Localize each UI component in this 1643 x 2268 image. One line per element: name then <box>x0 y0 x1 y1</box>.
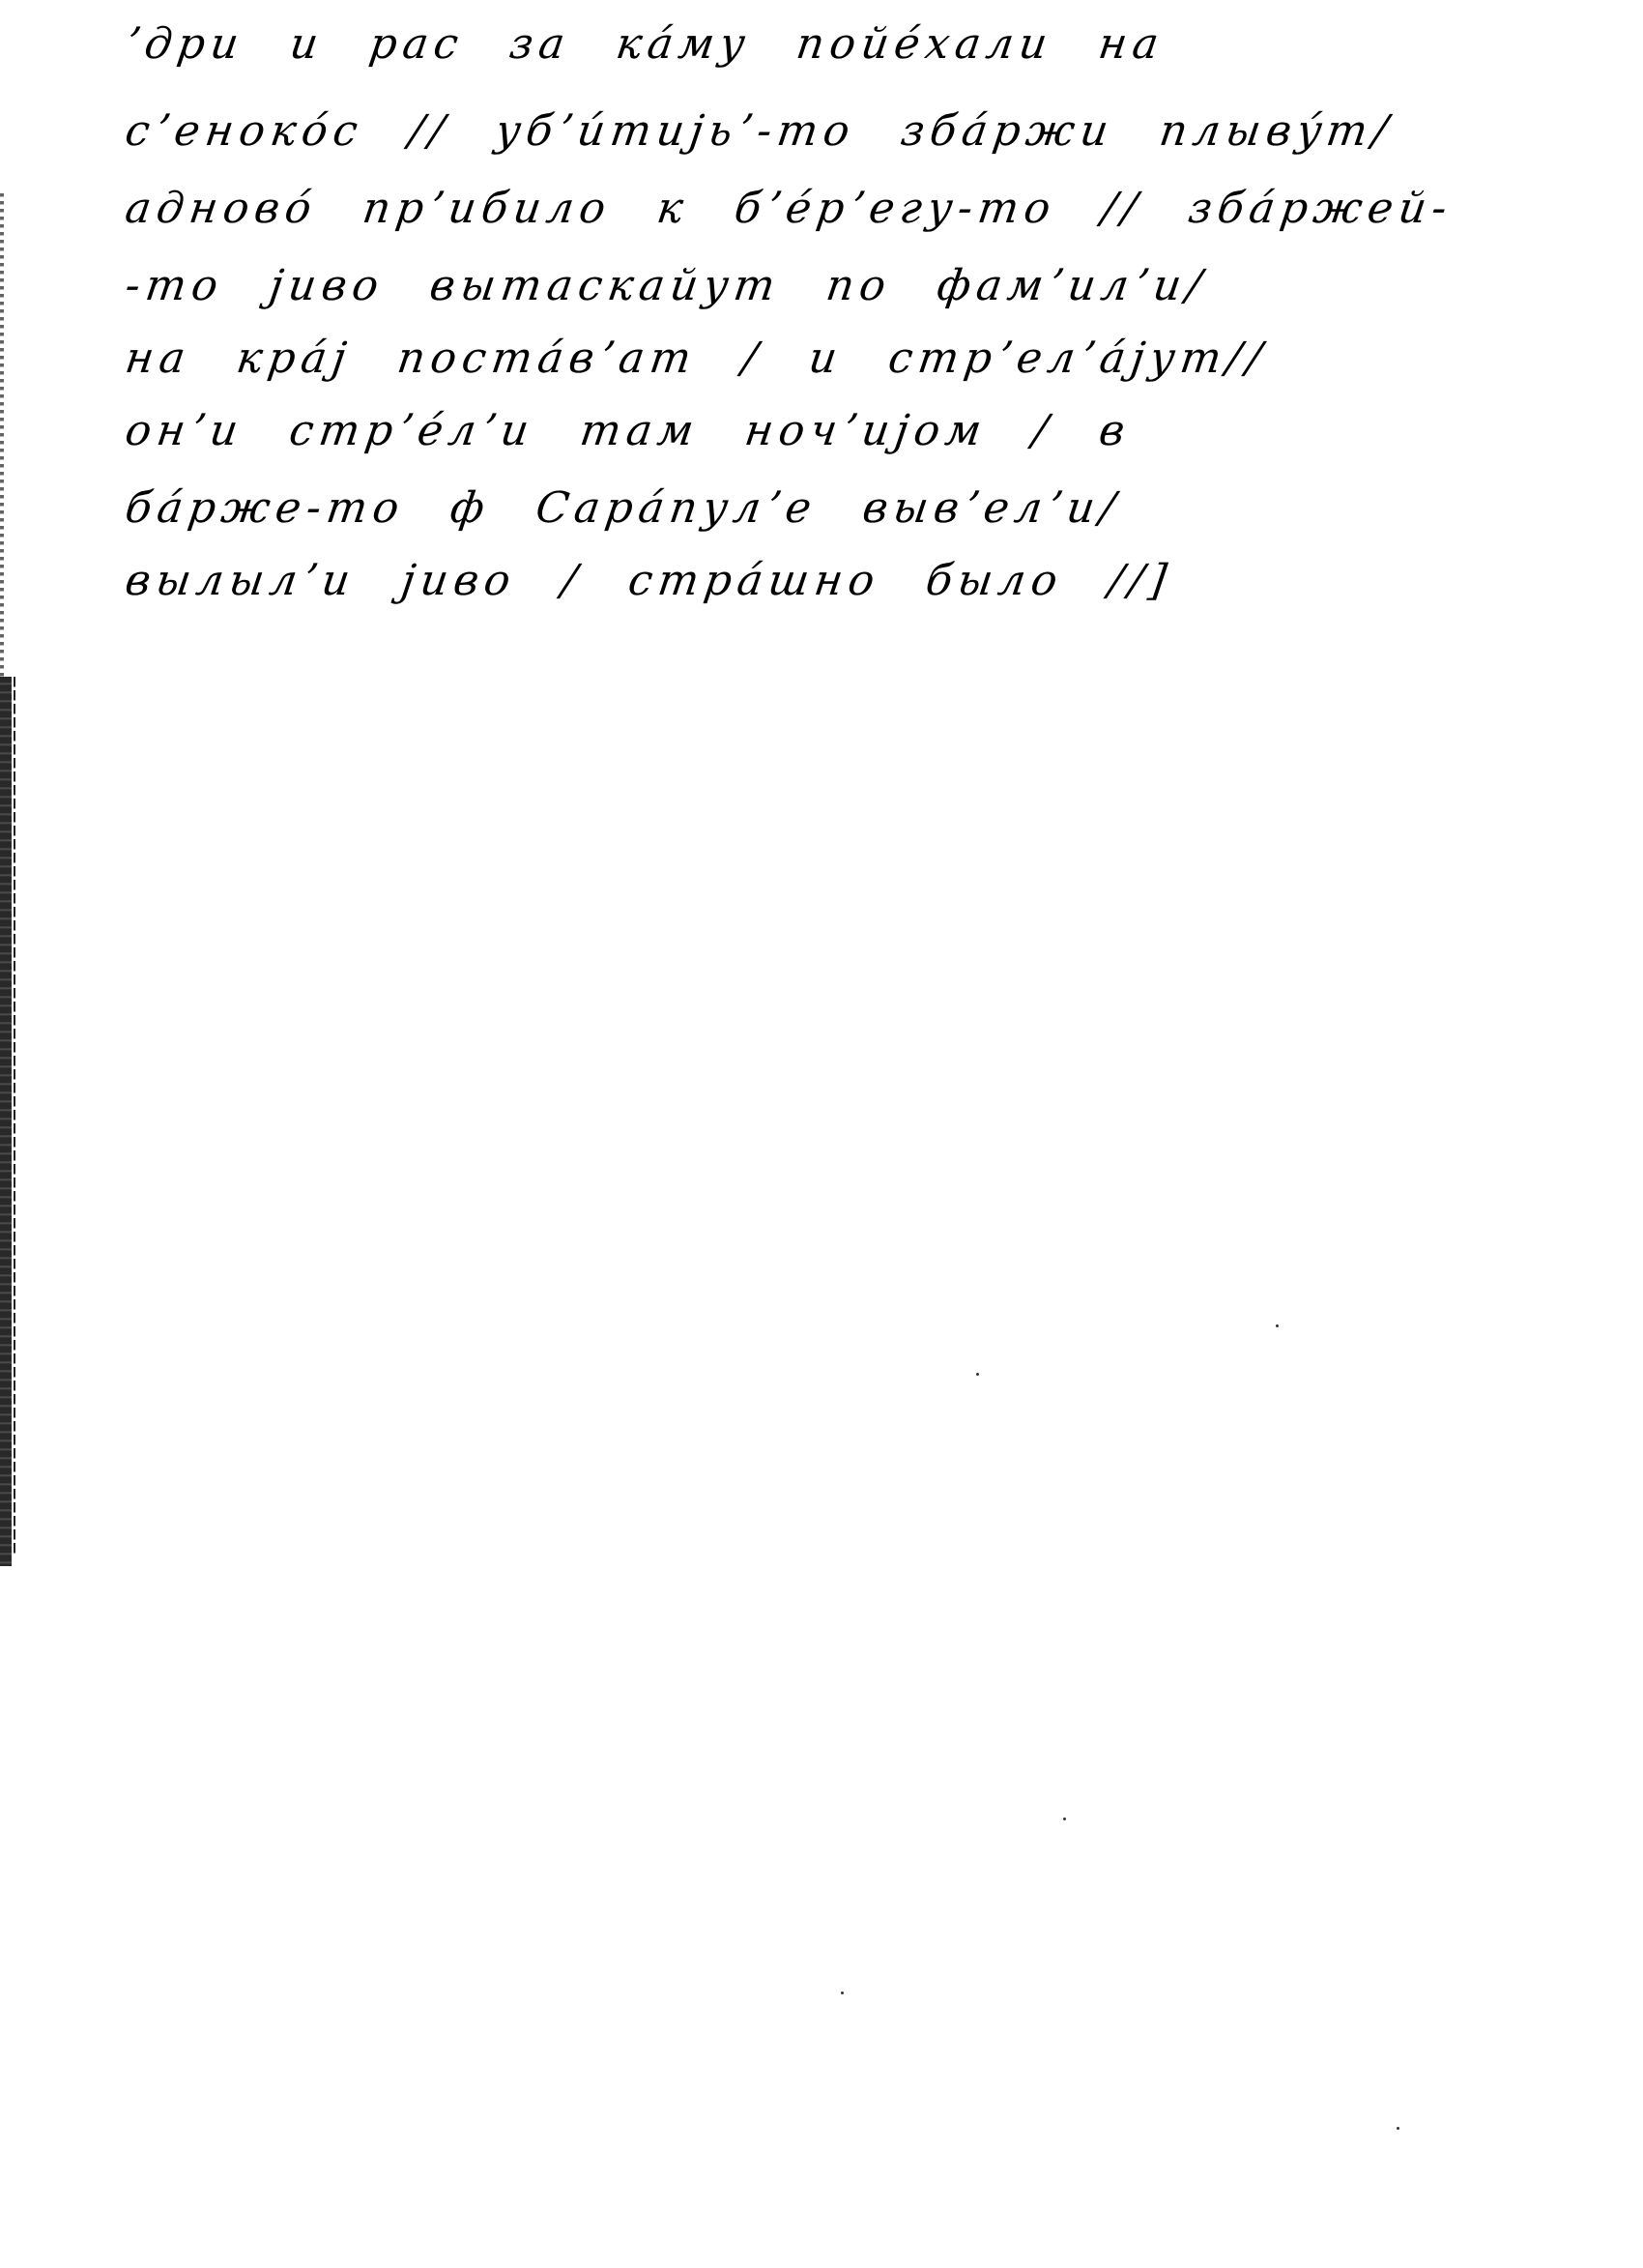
binding-line <box>14 677 15 1556</box>
scan-speck <box>976 1373 979 1376</box>
text-line-6: онʼи стрʼéлʼи там ночʼиjом / в <box>122 406 1133 455</box>
scan-speck <box>1397 2127 1399 2130</box>
text-line-5: на кpáj постáвʼат / и стрʼелʼájут// <box>122 334 1270 383</box>
text-line-4: -то jиво вытаскайут по фамʼилʼи/ <box>122 261 1210 310</box>
binding-edge-upper <box>0 193 4 677</box>
text-line-1: ʼдри и рас за кáму пойéхали на <box>122 19 1167 69</box>
text-line-7: бáрже-то ф Сарáпулʼе вывʼелʼи/ <box>122 483 1123 533</box>
scan-speck <box>841 1992 844 1994</box>
scan-speck <box>1063 1817 1066 1820</box>
text-line-8: вылылʼи jиво / стрáшно было //] <box>122 556 1175 605</box>
manuscript-page: ʼдри и рас за кáму пойéхали на сʼенокóс … <box>0 0 1643 2268</box>
text-line-3: адновó прʼибило к бʼéрʼегу-то // збáржей… <box>122 184 1456 233</box>
binding-edge <box>0 677 12 1566</box>
scan-speck <box>1276 1324 1279 1327</box>
text-line-2: сʼенокóс // убʼúтиjьʼ-то збáржи плывýт/ <box>122 106 1397 156</box>
